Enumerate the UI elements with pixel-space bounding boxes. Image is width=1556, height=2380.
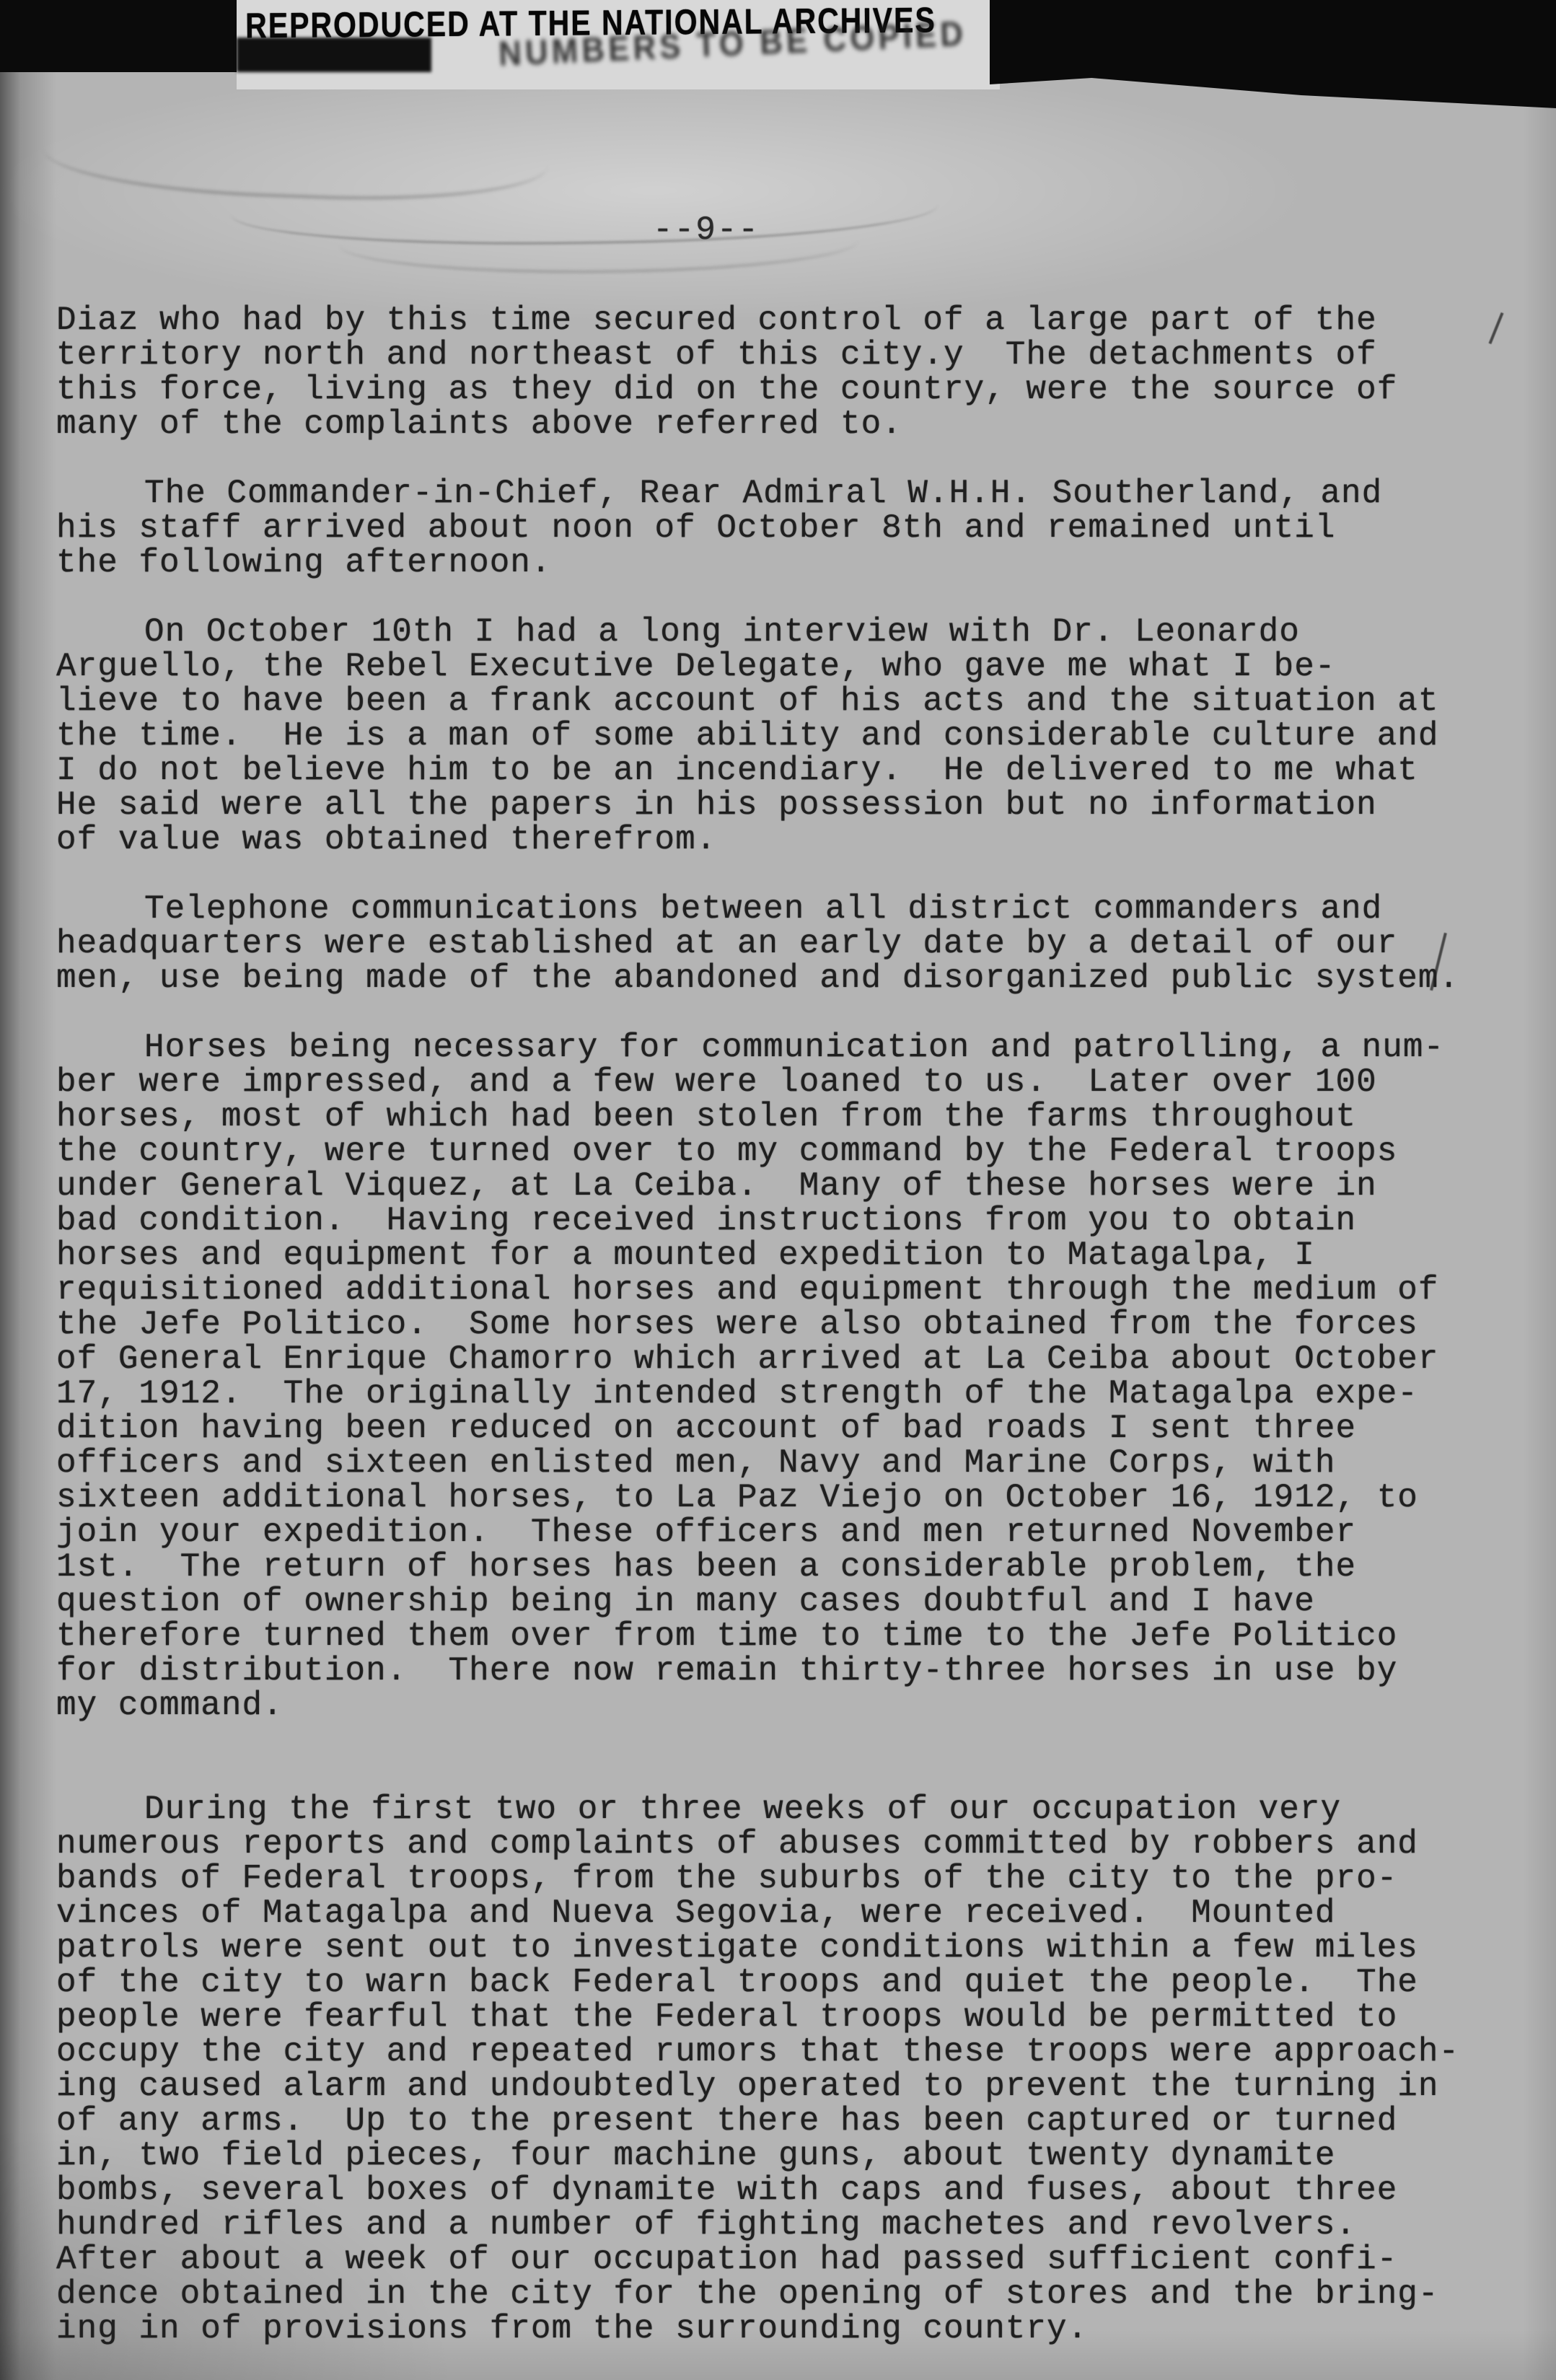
text-line: ing caused alarm and undoubtedly operate… [56,2069,1511,2104]
text-line: Telephone communications between all dis… [56,892,1511,926]
text-line: Arguello, the Rebel Executive Delegate, … [56,649,1511,684]
text-line: headquarters were established at an earl… [56,926,1511,961]
text-line: people were fearful that the Federal tro… [56,2000,1511,2034]
text-line: dition having been reduced on account of… [56,1411,1511,1446]
text-line: the Jefe Politico. Some horses were also… [56,1307,1511,1342]
text-line: During the first two or three weeks of o… [56,1792,1511,1827]
text-line: On October 10th I had a long interview w… [56,615,1511,649]
paragraph: On October 10th I had a long interview w… [56,615,1511,857]
text-line: ing in of provisions from the surroundin… [56,2311,1511,2346]
paragraph: Telephone communications between all dis… [56,892,1511,996]
document-page: REPRODUCED AT THE NATIONAL ARCHIVES NUMB… [0,0,1556,2380]
text-line: the following afternoon. [56,545,1511,580]
text-line: numerous reports and complaints of abuse… [56,1827,1511,1861]
text-line: bands of Federal troops, from the suburb… [56,1861,1511,1896]
text-line: dence obtained in the city for the openi… [56,2277,1511,2311]
text-line: Diaz who had by this time secured contro… [56,303,1511,338]
text-line: officers and sixteen enlisted men, Navy … [56,1446,1511,1480]
scan-black-bar-left [0,0,237,72]
text-line: the country, were turned over to my comm… [56,1134,1511,1169]
text-line: horses and equipment for a mounted exped… [56,1238,1511,1273]
text-line: 17, 1912. The originally intended streng… [56,1376,1511,1411]
text-line: vinces of Matagalpa and Nueva Segovia, w… [56,1896,1511,1931]
paragraph: During the first two or three weeks of o… [56,1792,1511,2346]
paragraph: Diaz who had by this time secured contro… [56,303,1511,442]
text-line: 1st. The return of horses has been a con… [56,1550,1511,1584]
text-line: bad condition. Having received instructi… [56,1203,1511,1238]
text-line: Horses being necessary for communication… [56,1030,1511,1065]
text-line: question of ownership being in many case… [56,1584,1511,1619]
text-line: the time. He is a man of some ability an… [56,719,1511,753]
text-line: territory north and northeast of this ci… [56,338,1511,372]
text-line: this force, living as they did on the co… [56,372,1511,407]
text-line: of General Enrique Chamorro which arrive… [56,1342,1511,1376]
document-body: Diaz who had by this time secured contro… [56,303,1511,2380]
text-line: I do not believe him to be an incendiary… [56,753,1511,788]
paragraph: The Commander-in-Chief, Rear Admiral W.H… [56,476,1511,580]
text-line: requisitioned additional horses and equi… [56,1273,1511,1307]
text-line: in, two field pieces, four machine guns,… [56,2138,1511,2173]
text-line: join your expedition. These officers and… [56,1515,1511,1550]
text-line: After about a week of our occupation had… [56,2242,1511,2277]
paragraph: Horses being necessary for communication… [56,1030,1511,1723]
text-line: The Commander-in-Chief, Rear Admiral W.H… [56,476,1511,511]
scan-wave-artifact [42,100,550,206]
scan-black-bar-right [990,0,1556,108]
text-line: of any arms. Up to the present there has… [56,2104,1511,2138]
text-line: therefore turned them over from time to … [56,1619,1511,1654]
text-line: sixteen additional horses, to La Paz Vie… [56,1480,1511,1515]
text-line: my command. [56,1688,1511,1723]
text-line: ber were impressed, and a few were loane… [56,1065,1511,1099]
text-line: lieve to have been a frank account of hi… [56,684,1511,719]
text-line: occupy the city and repeated rumors that… [56,2034,1511,2069]
text-line: He said were all the papers in his posse… [56,788,1511,822]
text-line: bombs, several boxes of dynamite with ca… [56,2173,1511,2208]
text-line: hundred rifles and a number of fighting … [56,2208,1511,2242]
text-line: his staff arrived about noon of October … [56,511,1511,545]
text-line: patrols were sent out to investigate con… [56,1931,1511,1965]
text-line: horses, most of which had been stolen fr… [56,1099,1511,1134]
text-line: men, use being made of the abandoned and… [56,961,1511,996]
text-line: of value was obtained therefrom. [56,822,1511,857]
text-line: of the city to warn back Federal troops … [56,1965,1511,2000]
text-line: many of the complaints above referred to… [56,407,1511,442]
text-line: under General Viquez, at La Ceiba. Many … [56,1169,1511,1203]
page-number: --9-- [653,211,760,249]
text-line: for distribution. There now remain thirt… [56,1654,1511,1688]
